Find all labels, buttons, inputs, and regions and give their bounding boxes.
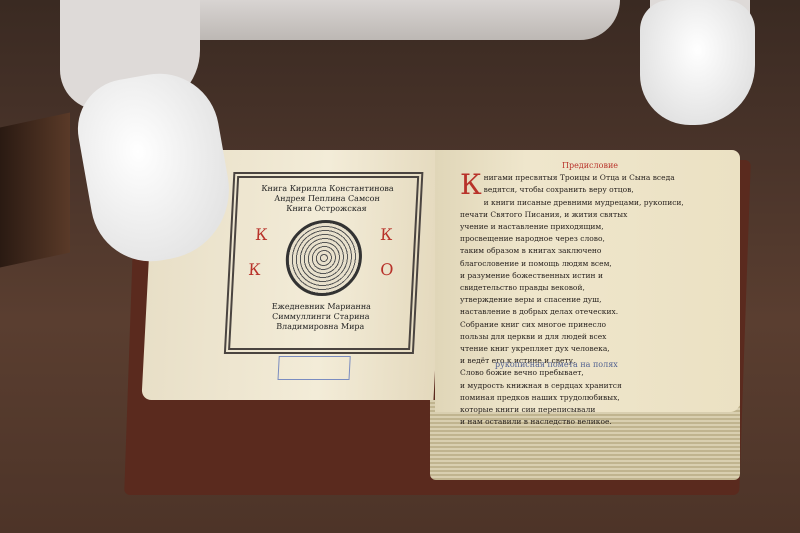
library-stamp [277,356,350,380]
side-book [0,113,70,268]
handwritten-note: рукописная помета на полях [495,360,618,369]
text-line: пользы для церкви и для людей всех [460,331,720,343]
title-line-2: Андрея Пеплина Самсон [248,194,407,204]
page-heading: Предисловие [460,160,720,172]
title-line-1: Книга Кирилла Константинова [248,184,407,194]
right-gloved-hand [640,0,755,125]
title-line-3: Книга Острожская [247,204,406,214]
text-line: нигами пресвятыя Троицы и Отца и Сына вс… [484,172,720,184]
text-line: учение и наставление приходящим, [460,221,720,233]
text-line: Слово божие вечно пребывает, [460,367,720,379]
text-line: чтение книг укрепляет дух человека, [460,343,720,355]
letter-k3: К [248,260,261,279]
footer-line-2: Симмуллинги Старина [242,312,401,322]
text-line: ведятся, чтобы сохранить веру отцов, [484,184,720,196]
text-line: и разумение божественных истин и [460,270,720,282]
emblem-icon [284,220,364,296]
footer-line-3: Владимировна Мира [241,322,400,332]
text-line: наставление в добрых делах отеческих. [460,306,720,318]
text-line: Собрание книг сих многое принесло [460,319,720,331]
text-line: которые книги сии переписывали [460,404,720,416]
letter-k2: К [380,225,393,244]
dropcap: К [460,172,482,198]
right-page: Предисловие К нигами пресвятыя Троицы и … [435,150,740,412]
text-line: таким образом в книгах заключено [460,245,720,257]
text-line: и мудрость книжная в сердцах хранится [460,380,720,392]
text-line: и нам оставили в наследство великое. [460,416,720,428]
letter-o: О [380,260,394,279]
letter-k1: К [255,225,268,244]
text-line: просвещение народное через слово, [460,233,720,245]
text-block: Предисловие К нигами пресвятыя Троицы и … [460,160,720,428]
footer-line-1: Ежедневник Марианна [242,302,401,312]
text-line: поминая предков наших трудолюбивых, [460,392,720,404]
text-line: и книги писаные древними мудрецами, руко… [484,197,720,209]
text-line: печати Святого Писания, и жития святых [460,209,720,221]
text-line: благословение и помощь людям всем, [460,258,720,270]
text-line: свидетельство правды вековой, [460,282,720,294]
library-stamp-2 [368,356,414,378]
text-line: утверждение веры и спасение душ, [460,294,720,306]
